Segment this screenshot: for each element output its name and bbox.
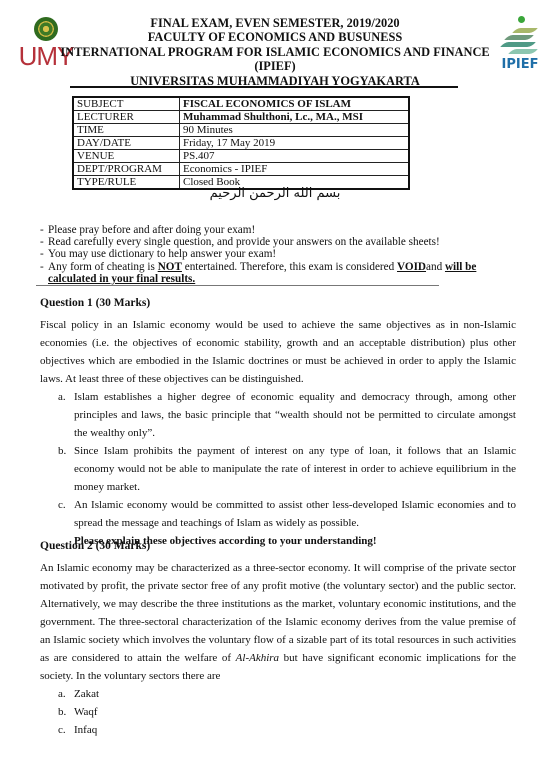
info-value: Economics - IPIEF xyxy=(180,163,410,176)
list-item: a.Islam establishes a higher degree of e… xyxy=(40,388,516,442)
list-item: c.An Islamic economy would be committed … xyxy=(40,496,516,532)
list-item: b.Waqf xyxy=(40,703,516,721)
table-row: SUBJECTFISCAL ECONOMICS OF ISLAM xyxy=(73,97,409,111)
question-title: Question 2 (30 Marks) xyxy=(40,537,516,555)
question-2: Question 2 (30 Marks) An Islamic economy… xyxy=(40,537,516,739)
info-value: 90 Minutes xyxy=(180,124,410,137)
header-line: INTERNATIONAL PROGRAM FOR ISLAMIC ECONOM… xyxy=(0,45,550,59)
table-row: VENUEPS.407 xyxy=(73,150,409,163)
rule-item: -Any form of cheating is NOT entertained… xyxy=(40,261,510,285)
term-al-akhira: Al-Akhira xyxy=(236,652,279,664)
list-item: a.Zakat xyxy=(40,685,516,703)
info-key: DAY/DATE xyxy=(73,137,180,150)
info-key: DEPT/PROGRAM xyxy=(73,163,180,176)
question-title: Question 1 (30 Marks) xyxy=(40,294,516,312)
info-value: PS.407 xyxy=(180,150,410,163)
emphasis-not: NOT xyxy=(158,261,182,273)
question-intro: Fiscal policy in an Islamic economy woul… xyxy=(40,316,516,388)
basmala-calligraphy: بسم الله الرحمن الرحيم xyxy=(0,186,550,201)
info-value: FISCAL ECONOMICS OF ISLAM xyxy=(180,97,410,111)
rules-divider xyxy=(36,285,439,286)
table-row: DAY/DATEFriday, 17 May 2019 xyxy=(73,137,409,150)
emphasis-void: VOID xyxy=(397,261,426,273)
list-item: c.Infaq xyxy=(40,721,516,739)
info-value: Friday, 17 May 2019 xyxy=(180,137,410,150)
info-value: Muhammad Shulthoni, Lc., MA., MSI xyxy=(180,111,410,124)
header-line: FACULTY OF ECONOMICS AND BUSUNESS xyxy=(0,30,550,44)
table-row: TIME90 Minutes xyxy=(73,124,409,137)
question-intro: An Islamic economy may be characterized … xyxy=(40,559,516,685)
table-row: DEPT/PROGRAMEconomics - IPIEF xyxy=(73,163,409,176)
info-key: LECTURER xyxy=(73,111,180,124)
info-key: SUBJECT xyxy=(73,97,180,111)
header-divider xyxy=(70,86,458,88)
question-1: Question 1 (30 Marks) Fiscal policy in a… xyxy=(40,294,516,550)
header-line: (IPIEF) xyxy=(0,59,550,73)
rule-item: -Please pray before and after doing your… xyxy=(40,224,510,236)
info-key: TIME xyxy=(73,124,180,137)
exam-info-table: SUBJECTFISCAL ECONOMICS OF ISLAM LECTURE… xyxy=(72,96,410,190)
list-item: b.Since Islam prohibits the payment of i… xyxy=(40,442,516,496)
exam-rules: -Please pray before and after doing your… xyxy=(40,224,510,285)
rule-item: -You may use dictionary to help answer y… xyxy=(40,248,510,260)
info-key: VENUE xyxy=(73,150,180,163)
header-line: FINAL EXAM, EVEN SEMESTER, 2019/2020 xyxy=(0,16,550,30)
rule-item: -Read carefully every single question, a… xyxy=(40,236,510,248)
exam-header: FINAL EXAM, EVEN SEMESTER, 2019/2020 FAC… xyxy=(0,16,550,88)
table-row: LECTURERMuhammad Shulthoni, Lc., MA., MS… xyxy=(73,111,409,124)
